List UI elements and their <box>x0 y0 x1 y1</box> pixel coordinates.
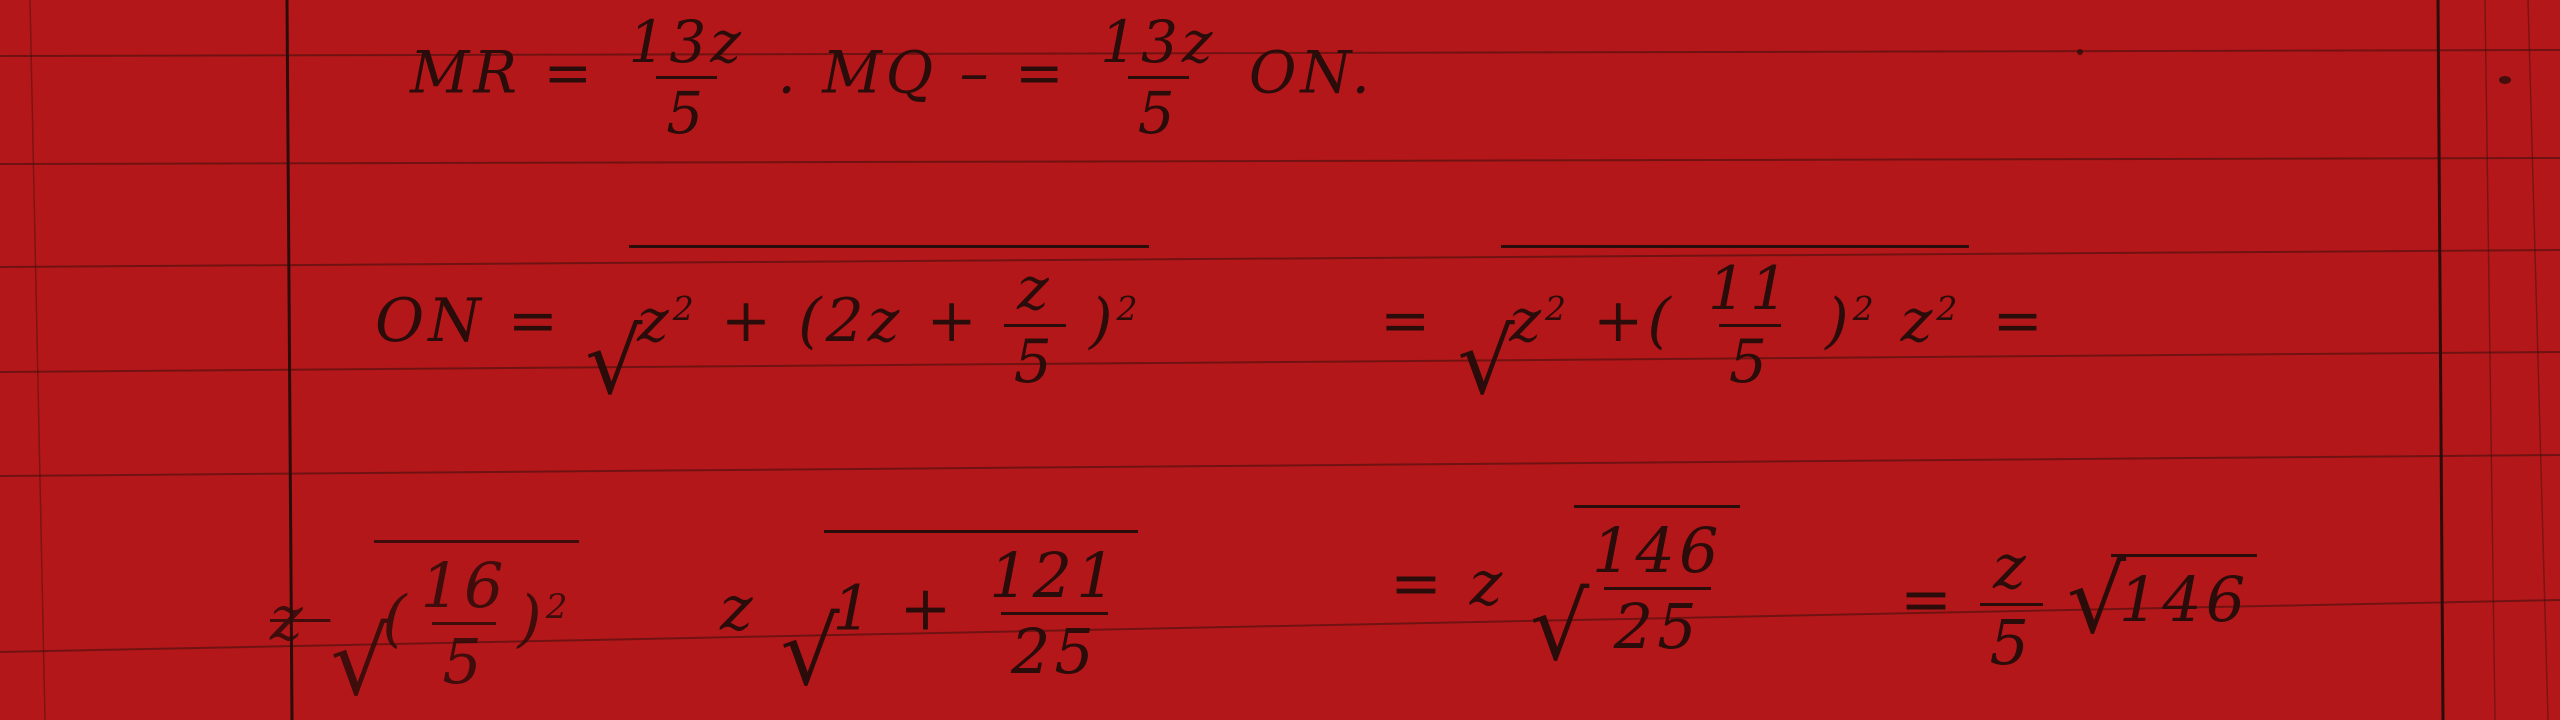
fraction-11-over-5: 11 5 <box>1698 254 1802 397</box>
radical-icon: √ <box>780 598 843 706</box>
numerator: z <box>1007 254 1063 324</box>
term-2z-plus: + (2z + <box>721 286 981 356</box>
square-root: √ ( 16 5 )2 <box>330 540 579 698</box>
denominator: 25 <box>1604 587 1711 663</box>
exponent: 2 <box>1116 289 1141 328</box>
denominator: 5 <box>1004 324 1066 397</box>
equation-line-5: z √ 1 + 121 25 <box>720 530 1138 688</box>
denominator: 25 <box>1001 612 1108 688</box>
radical-icon: √ <box>1530 573 1593 681</box>
radical-icon: √ <box>1457 310 1518 415</box>
exponent: 2 <box>546 587 572 627</box>
close-paren: ) <box>1825 286 1852 356</box>
fraction-z-over-5: z 5 <box>1004 254 1066 397</box>
radicand-146: 146 <box>2111 554 2257 636</box>
numerator: z <box>1983 530 2040 603</box>
equation-line-4-crossed-out: z √ ( 16 5 )2 <box>270 540 579 698</box>
numerator: 16 <box>411 549 518 622</box>
denominator: 5 <box>432 622 495 698</box>
numerator: 13z <box>1090 8 1226 76</box>
square-root: √ z2 + (2z + z 5 )2 <box>585 245 1149 397</box>
denominator: 5 <box>1719 324 1781 397</box>
exponent: 2 <box>1853 289 1878 328</box>
exponent: 2 <box>1545 289 1570 328</box>
equation-line-6: = z √ 146 25 <box>1390 505 1740 663</box>
fraction-121-over-25: 121 25 <box>979 539 1129 688</box>
plus-open-paren: +( <box>1593 286 1675 356</box>
fraction-146-over-25: 146 25 <box>1582 514 1732 663</box>
fraction-z-over-5: z 5 <box>1980 530 2043 679</box>
equals: = <box>1900 563 1956 636</box>
radical-icon: √ <box>330 608 393 716</box>
numerator: 121 <box>979 539 1129 612</box>
handwritten-page: MR = 13z 5 . MQ – = 13z 5 ON. ON = √ z2 … <box>0 0 2560 720</box>
right-margin-line <box>2438 0 2443 720</box>
exponent: 2 <box>1936 289 1961 328</box>
term-one-plus: 1 + <box>832 572 955 645</box>
square-root: √ 1 + 121 25 <box>780 530 1137 688</box>
fraction-13z-over-5: 13z 5 <box>619 8 755 147</box>
radical-icon: √ <box>585 310 646 415</box>
equation-line-2: ON = √ z2 + (2z + z 5 )2 <box>375 245 1149 397</box>
close-paren: ) <box>1089 286 1116 356</box>
equals-z: = z <box>1390 547 1506 620</box>
square-root: √ 146 25 <box>1530 505 1740 663</box>
numerator: 146 <box>1582 514 1732 587</box>
numerator: 13z <box>619 8 755 76</box>
mq-label: . MQ – = <box>777 39 1067 107</box>
equation-line-3: = √ z2 +( 11 5 )2 z2 = <box>1380 245 2047 397</box>
equation-line-1: MR = 13z 5 . MQ – = 13z 5 ON. <box>410 8 1374 147</box>
fraction-16-over-5: 16 5 <box>411 549 518 698</box>
fraction-13z-over-5-b: 13z 5 <box>1090 8 1226 147</box>
coefficient-z: z <box>720 572 757 645</box>
mr-label: MR = <box>410 39 596 107</box>
equals: = <box>1380 286 1434 356</box>
coefficient-z: z <box>270 582 307 655</box>
square-root: √ 146 <box>2067 554 2257 636</box>
denominator: 5 <box>1128 76 1189 147</box>
denominator: 5 <box>656 76 717 147</box>
square-root: √ z2 +( 11 5 )2 z2 <box>1457 245 1969 397</box>
on-equals: ON = <box>375 286 562 356</box>
radical-icon: √ <box>2067 546 2130 654</box>
trailing-equals: = <box>1992 286 2046 356</box>
equation-line-7: = z 5 √ 146 <box>1900 530 2257 679</box>
numerator: 11 <box>1698 254 1802 324</box>
denominator: 5 <box>1980 603 2043 679</box>
term-z: z <box>1901 286 1937 356</box>
on-label: ON. <box>1249 39 1374 107</box>
exponent: 2 <box>673 289 698 328</box>
